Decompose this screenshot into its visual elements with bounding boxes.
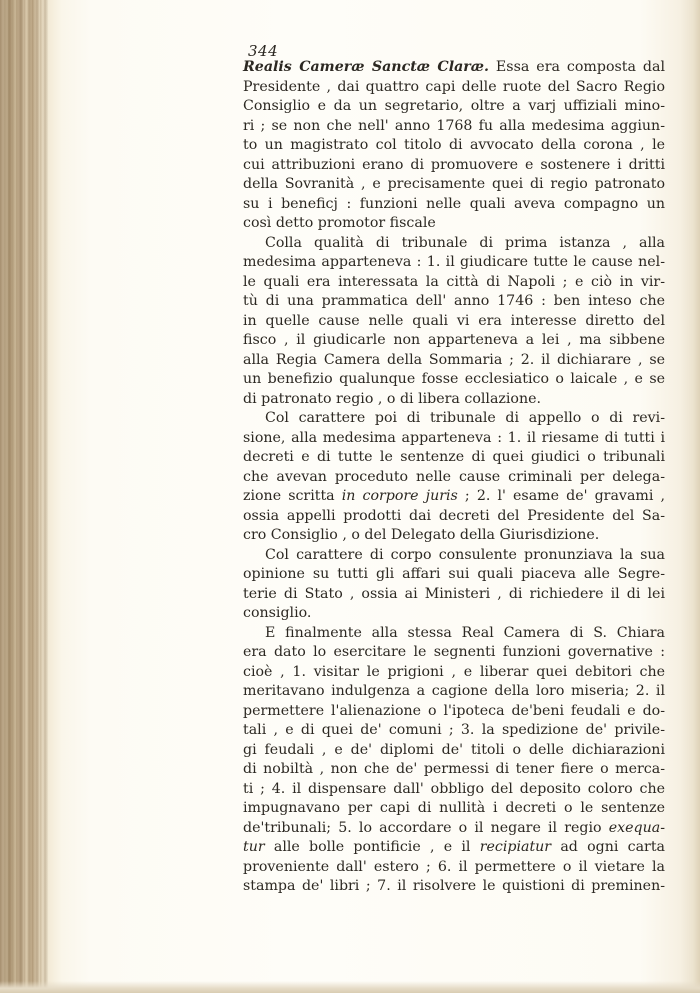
text-run: Consiglio e da un segretario, oltre a va… xyxy=(243,98,665,114)
text-run: cui attribuzioni erano di promuovere e s… xyxy=(243,157,665,173)
text-run: cro Consiglio , o del Delegato della Giu… xyxy=(243,527,599,543)
text-line: fisco , il giudicarle non apparteneva a … xyxy=(243,331,665,351)
text-run: ad ogni carta xyxy=(551,839,665,855)
text-run: era dato lo esercitare le segnenti funzi… xyxy=(243,644,665,660)
italic-text: recipiatur xyxy=(480,839,551,855)
text-line: consiglio. xyxy=(243,604,665,624)
text-line: le quali era interessata la città di Nap… xyxy=(243,273,665,293)
text-line: meritavano indulgenza a cagione della lo… xyxy=(243,682,665,702)
text-line: tur alle bolle pontificie , e il recipia… xyxy=(243,838,665,858)
text-line: cui attribuzioni erano di promuovere e s… xyxy=(243,156,665,176)
text-line: tali , e di quei de' comuni ; 3. la sped… xyxy=(243,721,665,741)
text-line: su i beneficj : funzioni nelle quali ave… xyxy=(243,195,665,215)
text-line: di nobiltà , non che de' permessi di ten… xyxy=(243,760,665,780)
text-line: Col carattere poi di tribunale di appell… xyxy=(243,409,665,429)
text-line: permettere l'alienazione o l'ipoteca de'… xyxy=(243,702,665,722)
text-line: cioè , 1. visitar le prigioni , e libera… xyxy=(243,663,665,683)
text-run: della Sovranità , e precisamente quei di… xyxy=(243,176,665,192)
text-line: decreti e di tutte le sentenze di quei g… xyxy=(243,448,665,468)
italic-text: Realis Cameræ Sanctæ Claræ. xyxy=(243,59,489,75)
text-run: Colla qualità di tribunale di prima ista… xyxy=(265,235,665,251)
text-run: de'tribunali; 5. lo accordare o il negar… xyxy=(243,820,609,836)
body-text: Realis Cameræ Sanctæ Claræ. Essa era com… xyxy=(243,58,665,897)
text-run: di patronato regio , o di libera collazi… xyxy=(243,391,541,407)
text-line: che avevan proceduto nelle cause crimina… xyxy=(243,468,665,488)
text-run: zione scritta xyxy=(243,488,342,504)
text-line: impugnavano per capi di nullità i decret… xyxy=(243,799,665,819)
text-run: proveniente dall' estero ; 6. il permett… xyxy=(243,859,665,875)
text-run: di nobiltà , non che de' permessi di ten… xyxy=(243,761,665,777)
text-line: Realis Cameræ Sanctæ Claræ. Essa era com… xyxy=(243,58,665,78)
text-run: tali , e di quei de' comuni ; 3. la sped… xyxy=(243,722,665,738)
text-line: terie di Stato , ossia ai Ministeri , di… xyxy=(243,585,665,605)
text-run: fisco , il giudicarle non apparteneva a … xyxy=(243,332,665,348)
text-line: zione scritta in corpore juris ; 2. l' e… xyxy=(243,487,665,507)
italic-text: in corpore juris xyxy=(342,488,458,504)
text-run: alle bolle pontificie , e il xyxy=(265,839,480,855)
book-page: 344 Realis Cameræ Sanctæ Claræ. Essa era… xyxy=(0,0,700,993)
text-line: Col carattere di corpo consulente pronun… xyxy=(243,546,665,566)
text-line: proveniente dall' estero ; 6. il permett… xyxy=(243,858,665,878)
text-run: tù di una prammatica dell' anno 1746 : b… xyxy=(243,293,665,309)
text-line: opinione su tutti gli affari sui quali p… xyxy=(243,565,665,585)
text-line: della Sovranità , e precisamente quei di… xyxy=(243,175,665,195)
text-line: ossia appelli prodotti dai decreti del P… xyxy=(243,507,665,527)
text-line: Consiglio e da un segretario, oltre a va… xyxy=(243,97,665,117)
book-spine-edge xyxy=(0,0,48,993)
text-run: ossia appelli prodotti dai decreti del P… xyxy=(243,508,665,524)
text-line: ti ; 4. il dispensare dall' obbligo del … xyxy=(243,780,665,800)
italic-text: exequa- xyxy=(609,820,665,836)
text-line: di patronato regio , o di libera collazi… xyxy=(243,390,665,410)
text-line: era dato lo esercitare le segnenti funzi… xyxy=(243,643,665,663)
text-run: alla Regia Camera della Sommaria ; 2. il… xyxy=(243,352,665,368)
text-run: meritavano indulgenza a cagione della lo… xyxy=(243,683,665,699)
text-line: alla Regia Camera della Sommaria ; 2. il… xyxy=(243,351,665,371)
text-run: ; 2. l' esame de' gravami , xyxy=(458,488,665,504)
text-run: Col carattere di corpo consulente pronun… xyxy=(265,547,665,563)
text-run: le quali era interessata la città di Nap… xyxy=(243,274,665,290)
text-line: E finalmente alla stessa Real Camera di … xyxy=(243,624,665,644)
text-line: ri ; se non che nell' anno 1768 fu alla … xyxy=(243,117,665,137)
text-run: Col carattere poi di tribunale di appell… xyxy=(265,410,665,426)
text-run: così detto promotor fiscale xyxy=(243,215,436,231)
text-run: ri ; se non che nell' anno 1768 fu alla … xyxy=(243,118,665,134)
text-line: un benefizio qualunque fosse ecclesiatic… xyxy=(243,370,665,390)
text-run: to un magistrato col titolo di avvocato … xyxy=(243,137,665,153)
text-run: ti ; 4. il dispensare dall' obbligo del … xyxy=(243,781,665,797)
text-run: consiglio. xyxy=(243,605,311,621)
text-run: terie di Stato , ossia ai Ministeri , di… xyxy=(243,586,665,602)
text-run: medesima apparteneva : 1. il giudicare t… xyxy=(243,254,665,270)
text-line: Presidente , dai quattro capi delle ruot… xyxy=(243,78,665,98)
text-run: che avevan proceduto nelle cause crimina… xyxy=(243,469,665,485)
text-line: de'tribunali; 5. lo accordare o il negar… xyxy=(243,819,665,839)
text-line: to un magistrato col titolo di avvocato … xyxy=(243,136,665,156)
text-run: E finalmente alla stessa Real Camera di … xyxy=(265,625,665,641)
text-run: decreti e di tutte le sentenze di quei g… xyxy=(243,449,665,465)
text-run: sione, alla medesima apparteneva : 1. il… xyxy=(243,430,665,446)
text-run: impugnavano per capi di nullità i decret… xyxy=(243,800,665,816)
text-line: Colla qualità di tribunale di prima ista… xyxy=(243,234,665,254)
text-line: stampa de' libri ; 7. il risolvere le qu… xyxy=(243,877,665,897)
text-line: gi feudali , e de' diplomi de' titoli o … xyxy=(243,741,665,761)
text-line: medesima apparteneva : 1. il giudicare t… xyxy=(243,253,665,273)
text-run: Presidente , dai quattro capi delle ruot… xyxy=(243,79,665,95)
text-line: tù di una prammatica dell' anno 1746 : b… xyxy=(243,292,665,312)
text-run: permettere l'alienazione o l'ipoteca de'… xyxy=(243,703,665,719)
italic-text: tur xyxy=(243,839,265,855)
text-run: Essa era composta dal xyxy=(489,59,665,75)
text-run: opinione su tutti gli affari sui quali p… xyxy=(243,566,665,582)
page-bottom-edge xyxy=(0,981,700,993)
text-run: gi feudali , e de' diplomi de' titoli o … xyxy=(243,742,665,758)
text-line: in quelle cause nelle quali vi era inter… xyxy=(243,312,665,332)
text-line: così detto promotor fiscale xyxy=(243,214,665,234)
text-run: su i beneficj : funzioni nelle quali ave… xyxy=(243,196,665,212)
text-run: stampa de' libri ; 7. il risolvere le qu… xyxy=(243,878,665,894)
text-run: in quelle cause nelle quali vi era inter… xyxy=(243,313,665,329)
text-run: un benefizio qualunque fosse ecclesiatic… xyxy=(243,371,665,387)
text-line: cro Consiglio , o del Delegato della Giu… xyxy=(243,526,665,546)
text-line: sione, alla medesima apparteneva : 1. il… xyxy=(243,429,665,449)
text-run: cioè , 1. visitar le prigioni , e libera… xyxy=(243,664,665,680)
